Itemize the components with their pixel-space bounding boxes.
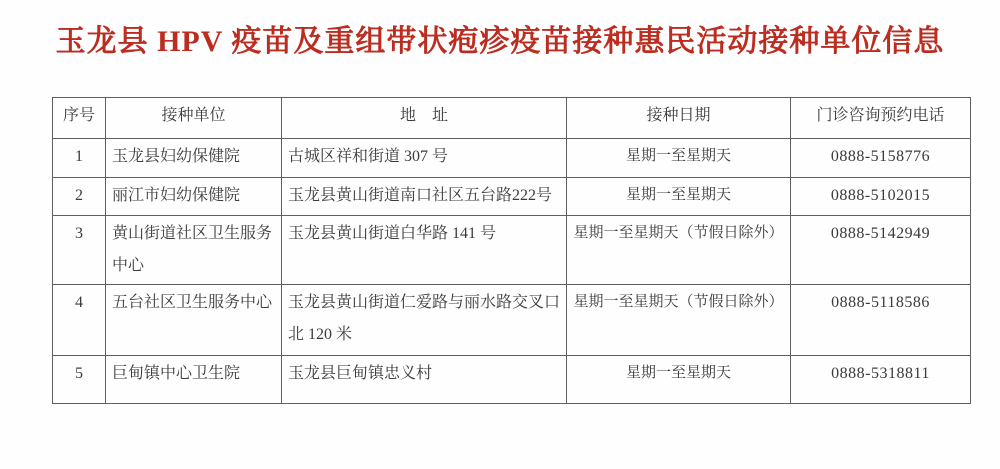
table-row: 5 巨甸镇中心卫生院 玉龙县巨甸镇忠义村 星期一至星期天 0888-531881… bbox=[53, 356, 971, 404]
table-row: 2 丽江市妇幼保健院 玉龙县黄山街道南口社区五台路222号 星期一至星期天 08… bbox=[53, 178, 971, 216]
cell-vaccination-unit: 丽江市妇幼保健院 bbox=[106, 178, 282, 216]
document-page: 玉龙县 HPV 疫苗及重组带状疱疹疫苗接种惠民活动接种单位信息 序号 接种单位 … bbox=[0, 0, 1000, 469]
cell-serial-number: 2 bbox=[53, 178, 106, 216]
header-serial-number: 序号 bbox=[53, 98, 106, 139]
cell-serial-number: 5 bbox=[53, 356, 106, 404]
cell-phone: 0888-5102015 bbox=[791, 178, 971, 216]
vaccination-units-table: 序号 接种单位 地 址 接种日期 门诊咨询预约电话 1 玉龙县妇幼保健院 古城区… bbox=[52, 97, 971, 404]
cell-vaccination-date: 星期一至星期天（节假日除外） bbox=[567, 285, 791, 356]
table-row: 1 玉龙县妇幼保健院 古城区祥和街道 307 号 星期一至星期天 0888-51… bbox=[53, 139, 971, 178]
cell-vaccination-unit: 巨甸镇中心卫生院 bbox=[106, 356, 282, 404]
header-address: 地 址 bbox=[282, 98, 567, 139]
cell-vaccination-date: 星期一至星期天 bbox=[567, 356, 791, 404]
cell-phone: 0888-5142949 bbox=[791, 216, 971, 285]
cell-serial-number: 3 bbox=[53, 216, 106, 285]
cell-address: 玉龙县黄山街道仁爱路与丽水路交叉口北 120 米 bbox=[282, 285, 567, 356]
cell-vaccination-date: 星期一至星期天 bbox=[567, 178, 791, 216]
cell-phone: 0888-5158776 bbox=[791, 139, 971, 178]
cell-serial-number: 1 bbox=[53, 139, 106, 178]
page-title: 玉龙县 HPV 疫苗及重组带状疱疹疫苗接种惠民活动接种单位信息 bbox=[0, 16, 1000, 60]
cell-address: 古城区祥和街道 307 号 bbox=[282, 139, 567, 178]
cell-vaccination-unit: 五台社区卫生服务中心 bbox=[106, 285, 282, 356]
cell-phone: 0888-5118586 bbox=[791, 285, 971, 356]
cell-address: 玉龙县黄山街道白华路 141 号 bbox=[282, 216, 567, 285]
cell-vaccination-date: 星期一至星期天 bbox=[567, 139, 791, 178]
table-header-row: 序号 接种单位 地 址 接种日期 门诊咨询预约电话 bbox=[53, 98, 971, 139]
cell-phone: 0888-5318811 bbox=[791, 356, 971, 404]
header-vaccination-unit: 接种单位 bbox=[106, 98, 282, 139]
cell-serial-number: 4 bbox=[53, 285, 106, 356]
cell-vaccination-date: 星期一至星期天（节假日除外） bbox=[567, 216, 791, 285]
cell-address: 玉龙县黄山街道南口社区五台路222号 bbox=[282, 178, 567, 216]
table-row: 4 五台社区卫生服务中心 玉龙县黄山街道仁爱路与丽水路交叉口北 120 米 星期… bbox=[53, 285, 971, 356]
header-phone: 门诊咨询预约电话 bbox=[791, 98, 971, 139]
cell-vaccination-unit: 黄山街道社区卫生服务中心 bbox=[106, 216, 282, 285]
cell-vaccination-unit: 玉龙县妇幼保健院 bbox=[106, 139, 282, 178]
table-row: 3 黄山街道社区卫生服务中心 玉龙县黄山街道白华路 141 号 星期一至星期天（… bbox=[53, 216, 971, 285]
cell-address: 玉龙县巨甸镇忠义村 bbox=[282, 356, 567, 404]
header-vaccination-date: 接种日期 bbox=[567, 98, 791, 139]
